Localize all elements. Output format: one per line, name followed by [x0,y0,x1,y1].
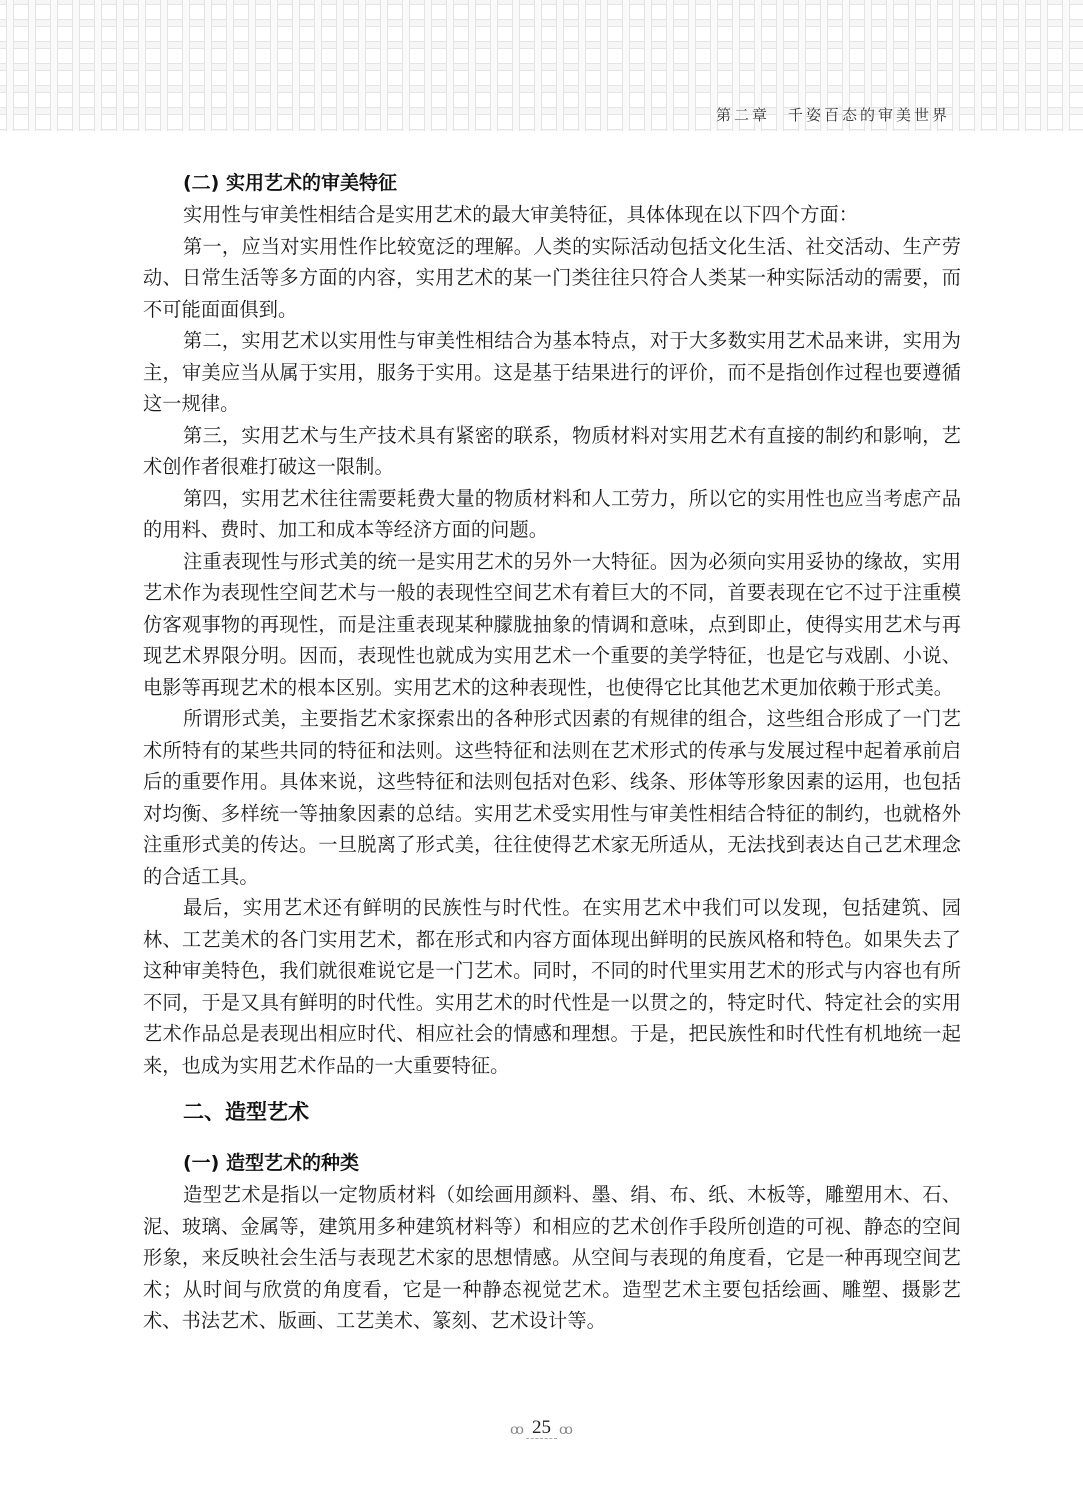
paragraph: 第一，应当对实用性作比较宽泛的理解。人类的实际活动包括文化生活、社交活动、生产劳… [143,231,961,326]
section-heading-plastic-art-types: (一) 造型艺术的种类 [183,1148,961,1179]
paragraph: 第三，实用艺术与生产技术具有紧密的联系，物质材料对实用艺术有直接的制约和影响，艺… [143,420,961,483]
spacer [143,1081,961,1097]
paragraph: 第四，实用艺术往往需要耗费大量的物质材料和人工劳力，所以它的实用性也应当考虑产品… [143,483,961,546]
section-heading-plastic-arts: 二、造型艺术 [183,1097,961,1128]
paragraph: 实用性与审美性相结合是实用艺术的最大审美特征，具体体现在以下四个方面： [143,199,961,231]
page-footer: ꝏ 25 ꝏ [0,1418,1083,1439]
paragraph: 最后，实用艺术还有鲜明的民族性与时代性。在实用艺术中我们可以发现，包括建筑、园林… [143,892,961,1081]
running-header: 第二章 千姿百态的审美世界 [716,104,950,125]
page-number: 25 [526,1418,557,1439]
ornament-left-icon: ꝏ [510,1421,524,1439]
paragraph: 所谓形式美，主要指艺术家探索出的各种形式因素的有规律的组合，这些组合形成了一门艺… [143,703,961,892]
spacer [143,1128,961,1148]
page-content: (二) 实用艺术的审美特征 实用性与审美性相结合是实用艺术的最大审美特征，具体体… [143,168,961,1337]
section-heading-practical-art-aesthetics: (二) 实用艺术的审美特征 [183,168,961,199]
ornament-right-icon: ꝏ [559,1421,573,1439]
paragraph: 造型艺术是指以一定物质材料（如绘画用颜料、墨、绢、布、纸、木板等，雕塑用木、石、… [143,1179,961,1337]
paragraph: 注重表现性与形式美的统一是实用艺术的另外一大特征。因为必须向实用妥协的缘故，实用… [143,546,961,704]
paragraph: 第二，实用艺术以实用性与审美性相结合为基本特点，对于大多数实用艺术品来讲，实用为… [143,325,961,420]
